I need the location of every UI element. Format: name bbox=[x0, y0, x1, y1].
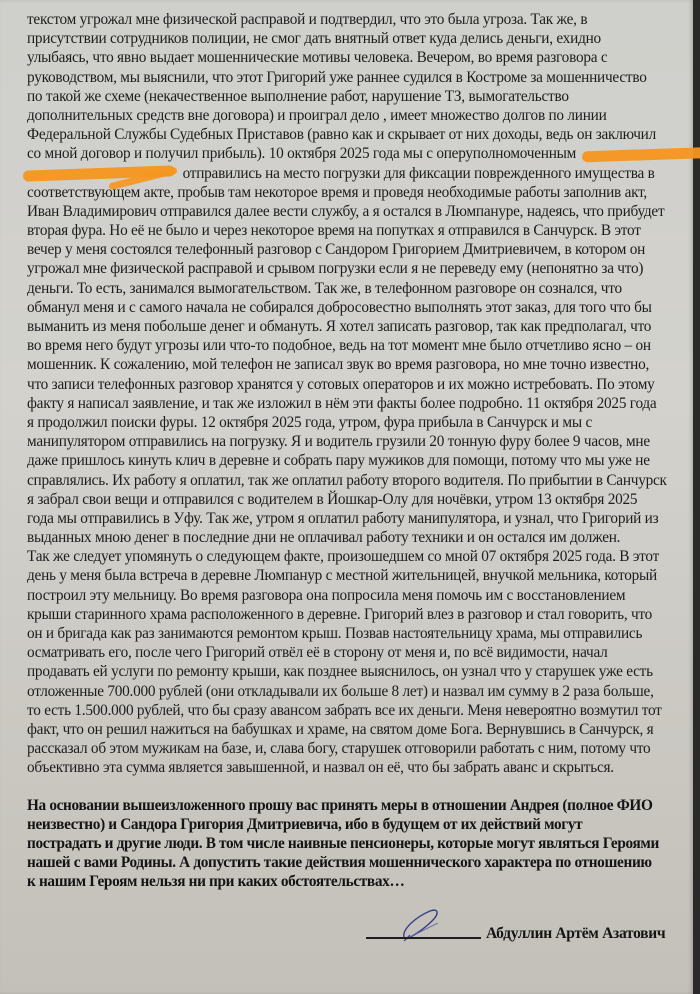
body-line: года мы отправились в Уфу. Так же, утром… bbox=[27, 509, 663, 528]
body-line-text: отправились на место погрузки для фиксац… bbox=[183, 165, 655, 182]
body-line: соответствующем акте, пробыв там некотор… bbox=[27, 183, 663, 202]
body-line: справлялись. Их работу я оплатил, так же… bbox=[27, 471, 663, 490]
closing-line: неизвестно) и Сандора Григория Дмитриеви… bbox=[27, 815, 663, 834]
body-line: обманул меня и с самого начала не собира… bbox=[27, 298, 663, 317]
body-line: руководством, мы выяснили, что этот Григ… bbox=[27, 68, 663, 87]
body-line-text: со мной договор и получил прибыль). 10 о… bbox=[27, 145, 576, 162]
document-page: текстом угрожал мне физической расправой… bbox=[0, 0, 693, 994]
closing-line: пострадать и другие люди. В том числе на… bbox=[27, 834, 663, 853]
body-line: построил эту мельницу. Во время разговор… bbox=[27, 586, 663, 605]
body-line: улыбаясь, что явно выдает мошеннические … bbox=[27, 48, 663, 67]
body-line: выманить из меня побольше денег и обману… bbox=[27, 317, 663, 336]
body-line: манипулятором отправились на погрузку. Я… bbox=[27, 432, 663, 451]
body-line: мошенник. К сожалению, мой телефон не за… bbox=[27, 355, 663, 374]
body-line: угрожал мне физической расправой и срыво… bbox=[27, 259, 663, 278]
body-line: во время него будут угрозы или что-то по… bbox=[27, 336, 663, 355]
paragraph-gap bbox=[27, 778, 663, 796]
body-line: деньги. То есть, занимался вымогательств… bbox=[27, 279, 663, 298]
body-line: рассказал об этом мужикам на базе, и, сл… bbox=[27, 739, 663, 758]
body-line: по такой же схеме (некачественное выполн… bbox=[27, 87, 663, 106]
body-line: он и бригада как раз занимаются ремонтом… bbox=[27, 624, 663, 643]
body-line: факт, что он решил нажиться на бабушках … bbox=[27, 720, 663, 739]
body-line: крыши старинного храма расположенного в … bbox=[27, 605, 663, 624]
body-line: отправились на место погрузки для фиксац… bbox=[27, 164, 663, 183]
body-line: выданных мною денег в последние дни не о… bbox=[27, 528, 663, 547]
body-line: присутствии сотрудников полиции, не смог… bbox=[27, 29, 663, 48]
body-line: Так же следует упомянуть о следующем фак… bbox=[27, 547, 663, 566]
body-line: текстом угрожал мне физической расправой… bbox=[27, 10, 663, 29]
body-line: день у меня была встреча в деревне Люмпа… bbox=[27, 566, 663, 585]
body-line: отложенные 700.000 рублей (они откладыва… bbox=[27, 682, 663, 701]
redaction-mark bbox=[23, 166, 175, 182]
signature-line bbox=[366, 937, 481, 939]
body-line: продавать ей услуги по ремонту крыши, ка… bbox=[27, 662, 663, 681]
closing-line: На основании вышеизложенного прошу вас п… bbox=[27, 796, 663, 815]
body-line: Иван Владимирович отправился далее вести… bbox=[27, 202, 663, 221]
body-line: вторая фура. Но её не было и через некот… bbox=[27, 221, 663, 240]
document-body: текстом угрожал мне физической расправой… bbox=[27, 10, 663, 891]
body-line: вечер у меня состоялся телефонный разгов… bbox=[27, 240, 663, 259]
signer-name: Абдуллин Артём Азатович bbox=[486, 925, 665, 943]
body-line: то есть 1.500.000 рублей, что бы сразу а… bbox=[27, 701, 663, 720]
body-line: Федеральной Службы Судебных Приставов (р… bbox=[27, 125, 663, 144]
body-line: дополнительных средств вне договора) и п… bbox=[27, 106, 663, 125]
body-line: объективно эта сумма является завышенной… bbox=[27, 758, 663, 777]
body-line: я забрал свои вещи и отправился с водите… bbox=[27, 490, 663, 509]
redaction-mark bbox=[582, 147, 700, 163]
body-line: я продолжил поиски фуры. 12 октября 2025… bbox=[27, 413, 663, 432]
body-line: со мной договор и получил прибыль). 10 о… bbox=[27, 144, 663, 163]
signature-block: Абдуллин Артём Азатович bbox=[366, 905, 696, 945]
body-line: даже пришлось кинуть клич в деревне и со… bbox=[27, 451, 663, 470]
closing-line: к нашим Героям нельзя ни при каких обсто… bbox=[27, 872, 663, 891]
body-line: факту я написал заявление, и так же изло… bbox=[27, 394, 663, 413]
body-line: осматривать его, после чего Григорий отв… bbox=[27, 643, 663, 662]
closing-line: нашей с вами Родины. А допустить такие д… bbox=[27, 853, 663, 872]
body-line: что записи телефонных разговор хранятся … bbox=[27, 375, 663, 394]
